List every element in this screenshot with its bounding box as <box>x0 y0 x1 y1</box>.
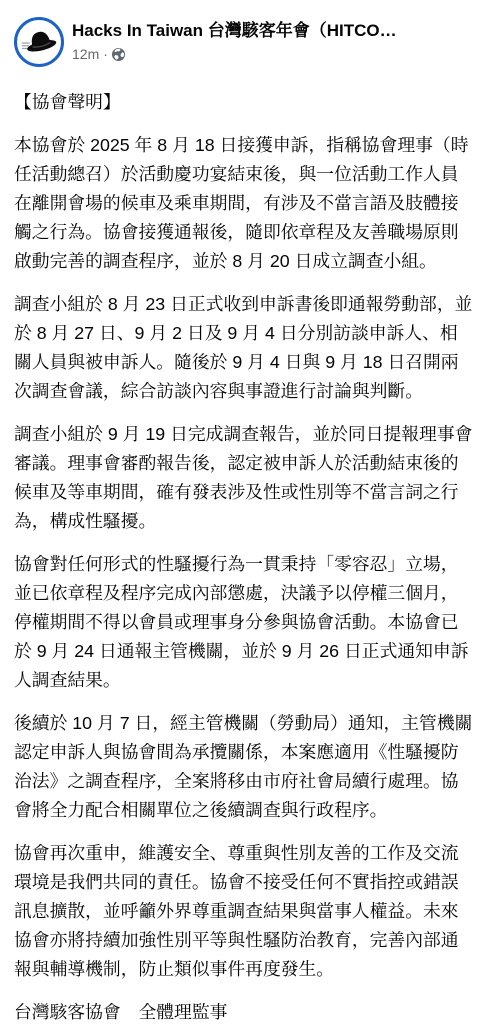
post-header-text: Hacks In Taiwan 台灣駭客年會（HITCO… 12m · <box>72 17 397 63</box>
globe-icon <box>112 48 125 61</box>
facebook-post: Hacks In Taiwan 台灣駭客年會（HITCO… 12m · 【協會聲… <box>0 0 488 1024</box>
post-paragraph: 調查小組於 8 月 23 日正式收到申訴書後即通報勞動部，並於 8 月 27 日… <box>14 290 474 406</box>
post-paragraph: 協會對任何形式的性騷擾行為一貫秉持「零容忍」立場，並已依章程及程序完成內部懲處，… <box>14 550 474 695</box>
post-meta: 12m · <box>72 45 397 63</box>
avatar[interactable] <box>14 17 64 67</box>
hacks-in-taiwan-hat-logo-icon <box>17 20 61 64</box>
meta-separator: · <box>103 45 108 63</box>
post-header: Hacks In Taiwan 台灣駭客年會（HITCO… 12m · <box>0 0 488 67</box>
post-heading: 【協會聲明】 <box>14 88 474 117</box>
post-signature: 台灣駭客協會 全體理監事 <box>14 998 474 1024</box>
author-name[interactable]: Hacks In Taiwan 台灣駭客年會（HITCO… <box>72 20 397 42</box>
post-paragraph: 協會再次重申，維護安全、尊重與性別友善的工作及交流環境是我們共同的責任。協會不接… <box>14 839 474 984</box>
post-paragraph: 本協會於 2025 年 8 月 18 日接獲申訴，指稱協會理事（時任活動總召）於… <box>14 131 474 276</box>
post-body: 【協會聲明】 本協會於 2025 年 8 月 18 日接獲申訴，指稱協會理事（時… <box>0 67 488 1024</box>
post-paragraph: 後續於 10 月 7 日，經主管機關（勞動局）通知，主管機關認定申訴人與協會間為… <box>14 709 474 825</box>
post-paragraph: 調查小組於 9 月 19 日完成調查報告，並於同日提報理事會審議。理事會審酌報告… <box>14 420 474 536</box>
post-paragraphs: 本協會於 2025 年 8 月 18 日接獲申訴，指稱協會理事（時任活動總召）於… <box>14 131 474 984</box>
timestamp[interactable]: 12m <box>72 45 99 63</box>
